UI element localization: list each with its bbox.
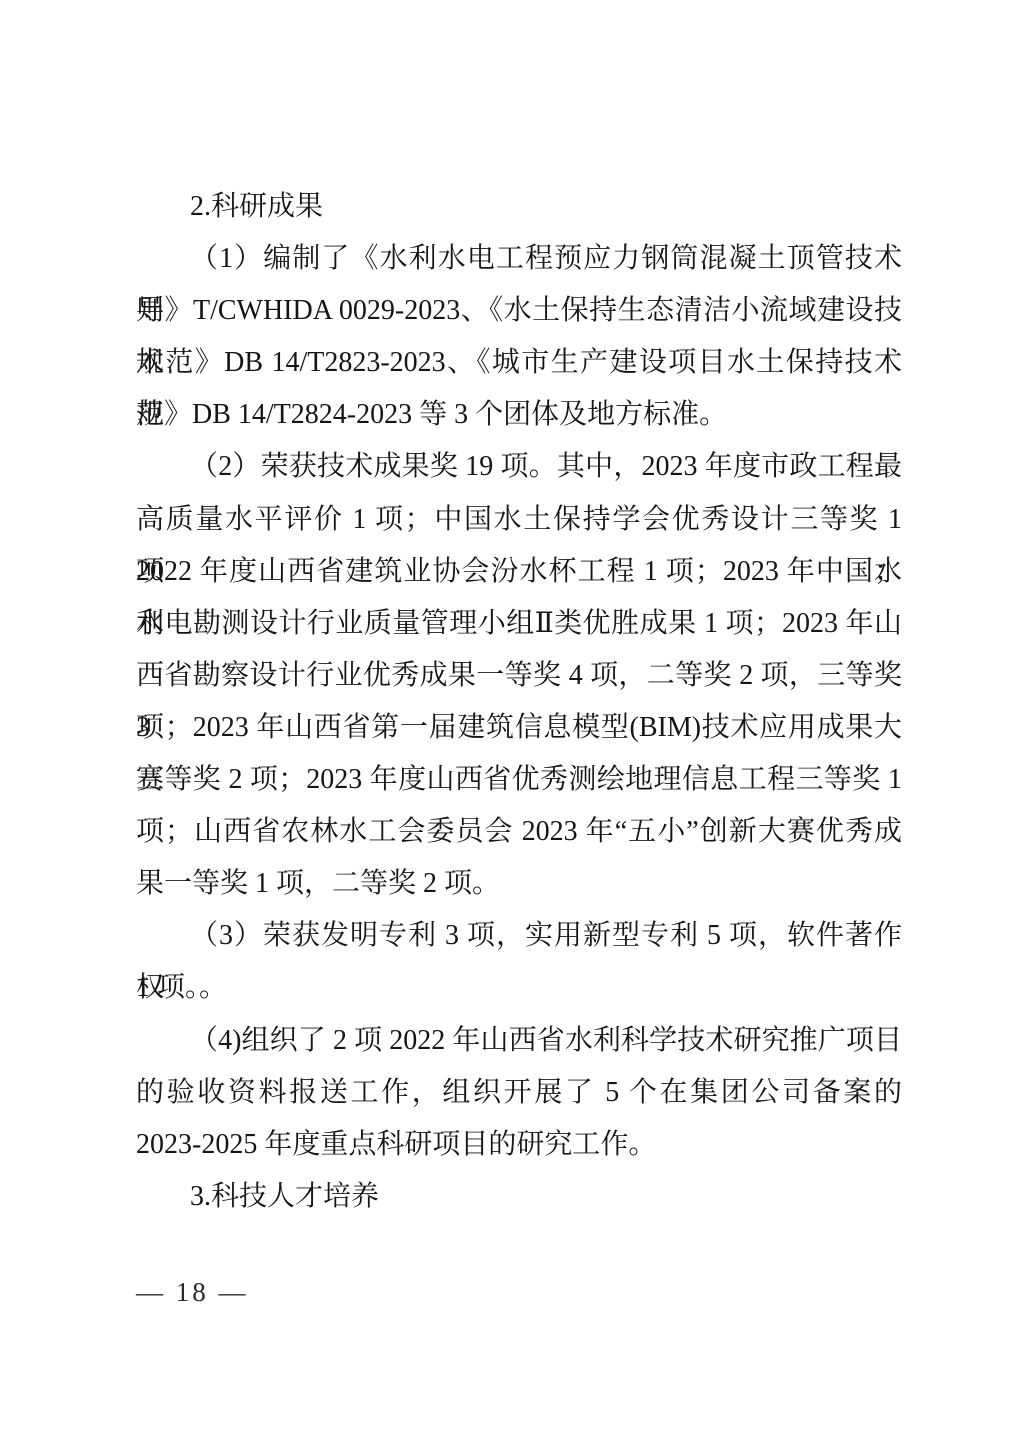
paragraph-2-line: 西省勘察设计行业优秀成果一等奖 4 项，二等奖 2 项，三等奖 3 xyxy=(136,650,902,702)
document-page: 2.科研成果 （1）编制了《水利水电工程预应力钢筒混凝土顶管技术导 则》T/CW… xyxy=(0,0,1024,1448)
section-heading-talent-training: 3.科技人才培养 xyxy=(136,1171,902,1223)
paragraph-2-line: 高质量水平评价 1 项；中国水土保持学会优秀设计三等奖 1 项； xyxy=(136,494,902,546)
paragraph-1-line: 规范》DB 14/T2823-2023、《城市生产建设项目水土保持技术规 xyxy=(136,337,902,389)
paragraph-2-line: （2）荣获技术成果奖 19 项。其中，2023 年度市政工程最 xyxy=(136,441,902,493)
paragraph-3-line: （3）荣获发明专利 3 项，实用新型专利 5 项，软件著作权 xyxy=(136,910,902,962)
paragraph-4-line: （4)组织了 2 项 2022 年山西省水利科学技术研究推广项目 xyxy=(136,1015,902,1067)
paragraph-2-line: 果一等奖 1 项，二等奖 2 项。 xyxy=(136,858,902,910)
paragraph-2-line: 2022 年度山西省建筑业协会汾水杯工程 1 项；2023 年中国水利 xyxy=(136,546,902,598)
section-heading-research-achievements: 2.科研成果 xyxy=(136,181,902,233)
paragraph-1-line: （1）编制了《水利水电工程预应力钢筒混凝土顶管技术导 xyxy=(136,233,902,285)
paragraph-2-line: 三等奖 2 项；2023 年度山西省优秀测绘地理信息工程三等奖 1 xyxy=(136,754,902,806)
paragraph-1-line: 则》T/CWHIDA 0029-2023、《水土保持生态清洁小流域建设技术 xyxy=(136,285,902,337)
paragraph-4-line: 2023-2025 年度重点科研项目的研究工作。 xyxy=(136,1119,902,1171)
paragraph-2-line: 项；2023 年山西省第一届建筑信息模型(BIM)技术应用成果大赛 xyxy=(136,702,902,754)
paragraph-4-line: 的验收资料报送工作，组织开展了 5 个在集团公司备案的 xyxy=(136,1067,902,1119)
paragraph-1-line: 范》DB 14/T2824-2023 等 3 个团体及地方标准。 xyxy=(136,389,902,441)
paragraph-2-line: 水电勘测设计行业质量管理小组Ⅱ类优胜成果 1 项；2023 年山 xyxy=(136,598,902,650)
paragraph-2-line: 项；山西省农林水工会委员会 2023 年“五小”创新大赛优秀成 xyxy=(136,806,902,858)
document-body: 2.科研成果 （1）编制了《水利水电工程预应力钢筒混凝土顶管技术导 则》T/CW… xyxy=(136,181,902,1223)
page-number: — 18 — xyxy=(136,1277,249,1308)
paragraph-3-line: 1 项。。 xyxy=(136,962,902,1014)
